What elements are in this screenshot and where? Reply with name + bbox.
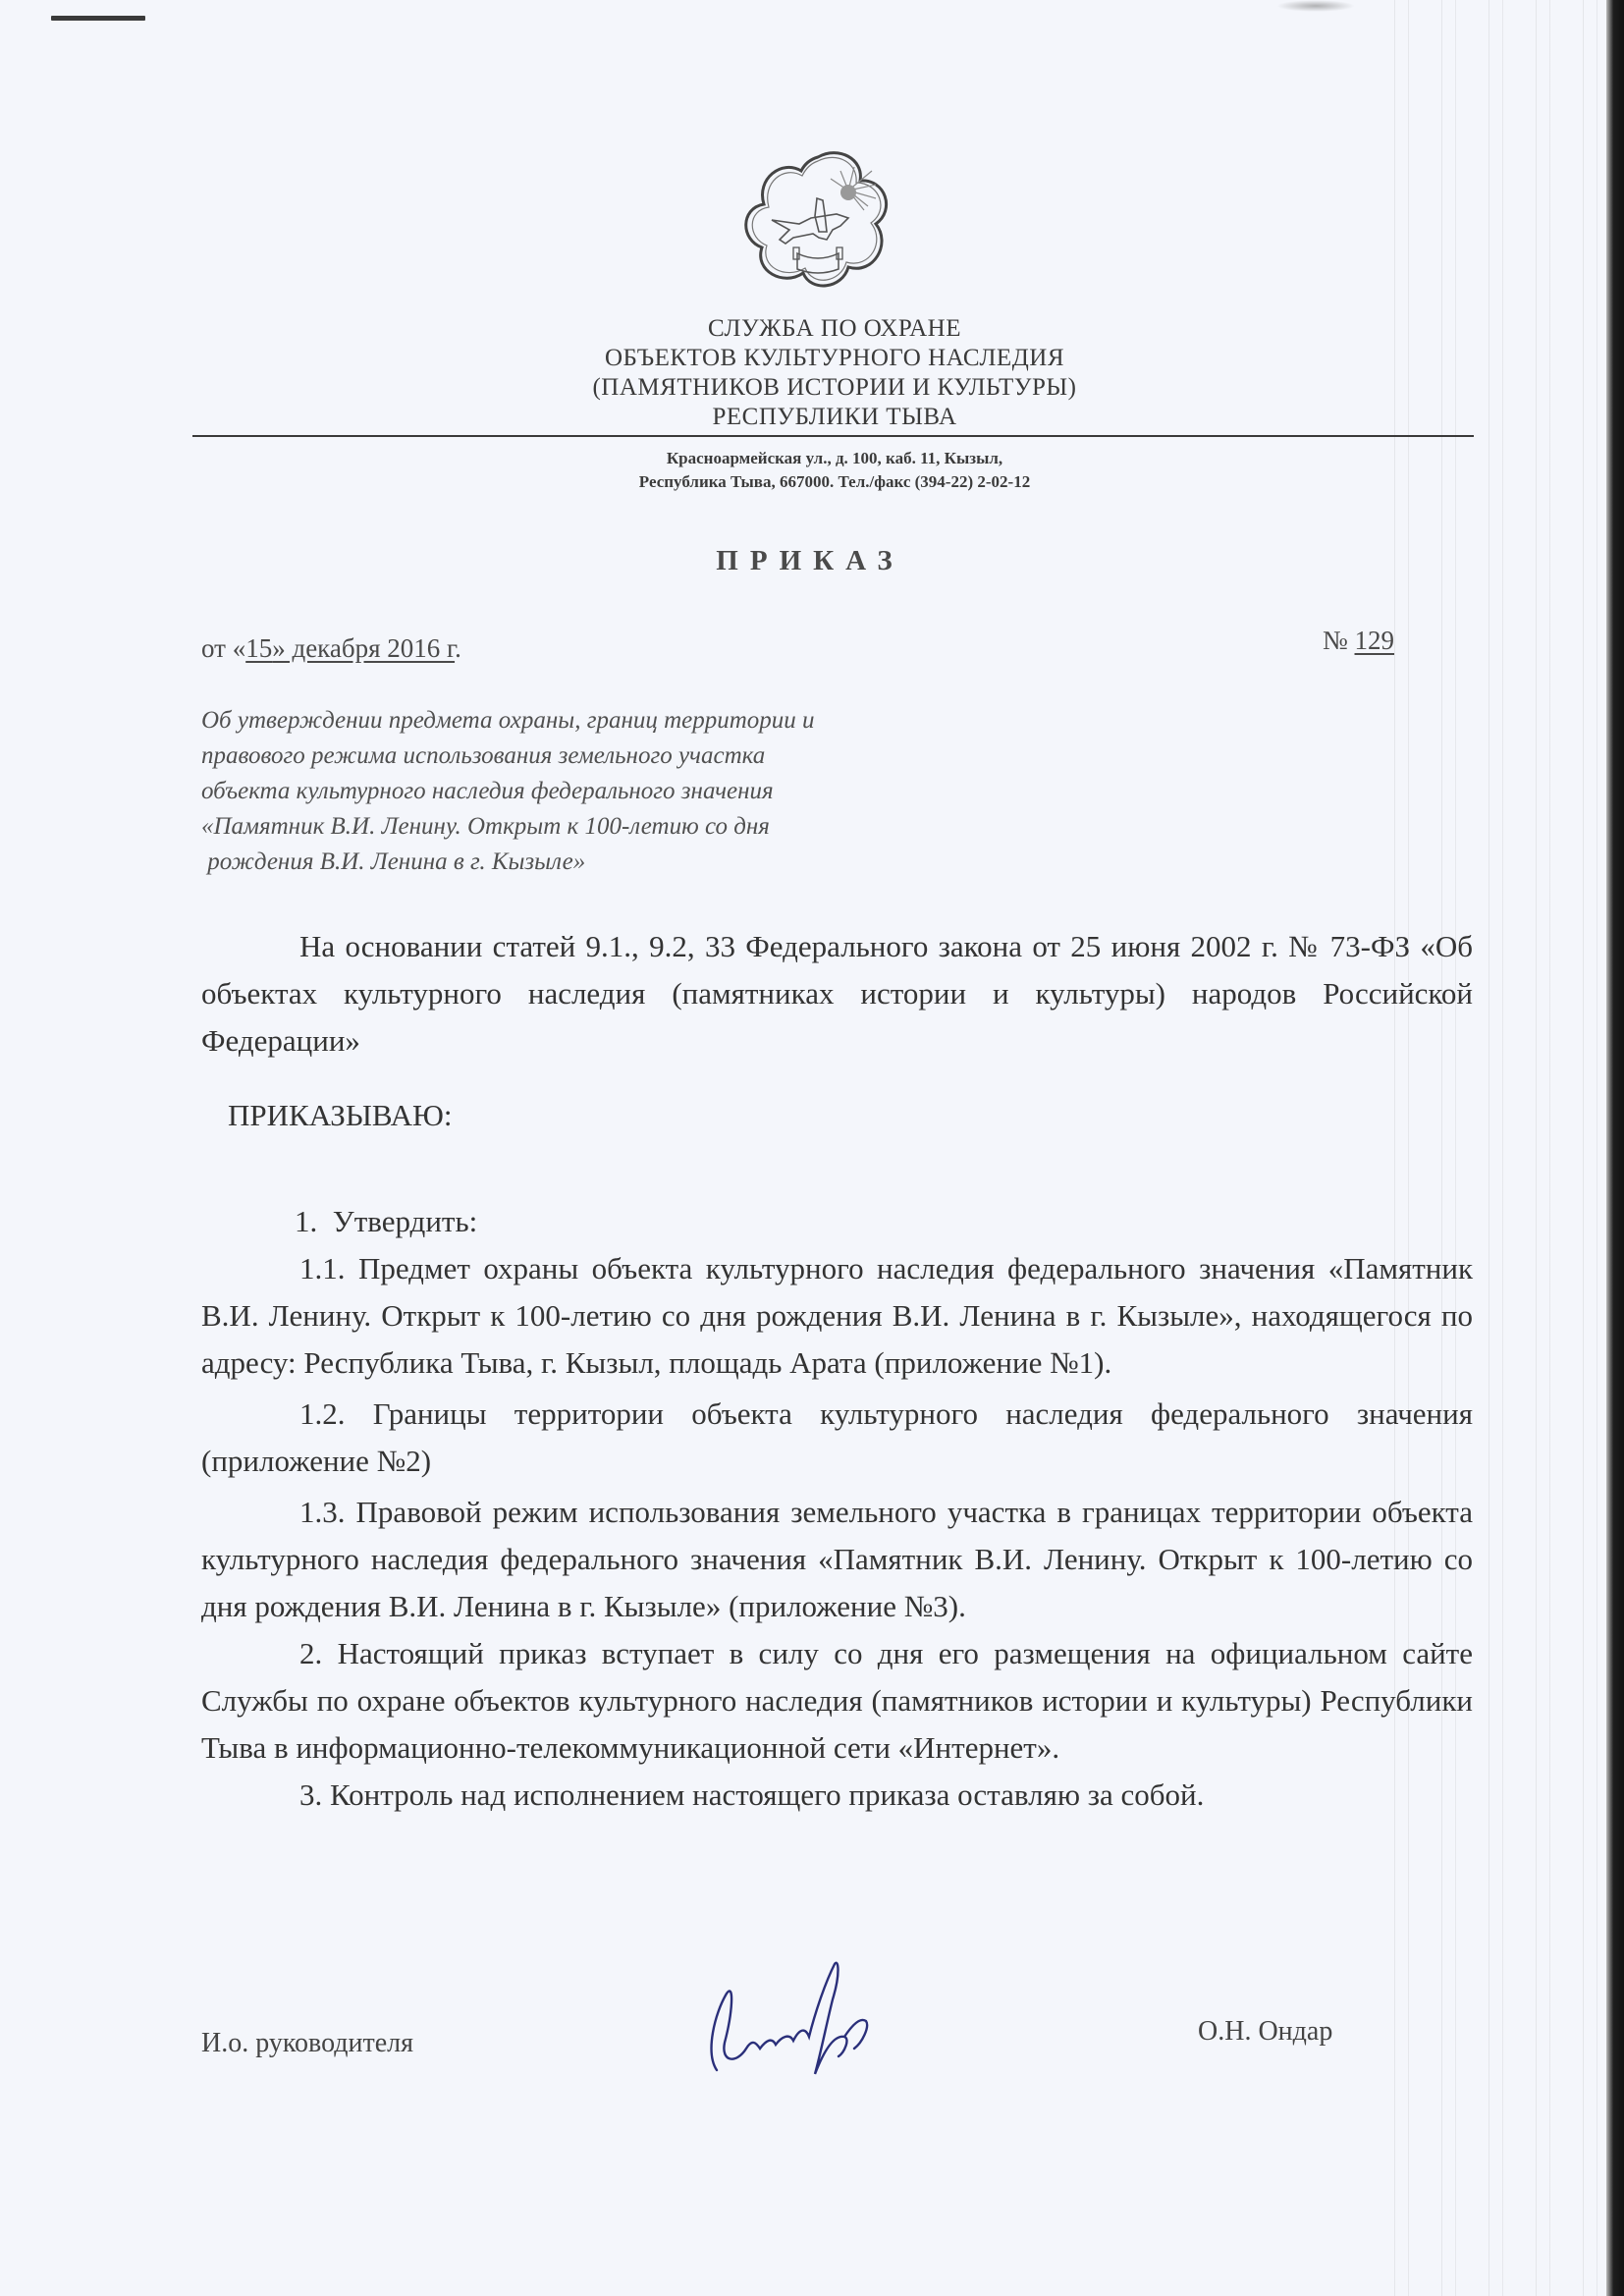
signature-icon xyxy=(697,1954,933,2082)
date-rest: » декабря 2016 г xyxy=(272,633,455,663)
number-prefix: № xyxy=(1323,626,1355,655)
subject-line: правового режима использования земельног… xyxy=(201,738,1085,774)
signatory-name: О.Н. Ондар xyxy=(1198,2016,1332,2048)
order-item: 1.1. Предмет охраны объекта культурного … xyxy=(201,1245,1473,1387)
date-suffix: . xyxy=(455,633,461,663)
tuva-coat-of-arms-icon xyxy=(742,149,893,291)
smudge xyxy=(1276,0,1355,12)
organization-address: Красноармейская ул., д. 100, каб. 11, Кы… xyxy=(442,447,1227,494)
document-date: от «15» декабря 2016 г. xyxy=(201,633,461,664)
subject-line: объекта культурного наследия федеральног… xyxy=(201,774,1085,809)
order-items: 1. Утвердить: 1.1. Предмет охраны объект… xyxy=(201,1198,1473,1819)
org-line: СЛУЖБА ПО ОХРАНЕ xyxy=(442,314,1227,344)
org-line: (ПАМЯТНИКОВ ИСТОРИИ И КУЛЬТУРЫ) xyxy=(442,373,1227,403)
date-prefix: от « xyxy=(201,633,245,663)
subject-line: «Памятник В.И. Ленину. Открыт к 100-лети… xyxy=(201,809,1085,845)
order-item: 1.2. Границы территории объекта культурн… xyxy=(201,1391,1473,1485)
signatory-role: И.о. руководителя xyxy=(201,2028,413,2059)
legal-basis-paragraph: На основании статей 9.1., 9.2, 33 Федера… xyxy=(201,923,1473,1065)
order-word: ПРИКАЗЫВАЮ: xyxy=(228,1098,452,1133)
address-line: Республика Тыва, 667000. Тел./факс (394-… xyxy=(442,470,1227,494)
document-number: № 129 xyxy=(1323,626,1394,656)
subject-line: рождения В.И. Ленина в г. Кызыле» xyxy=(201,845,1085,880)
number-value: 129 xyxy=(1355,626,1395,655)
order-item: 1.3. Правовой режим использования земель… xyxy=(201,1489,1473,1630)
order-item: 1. Утвердить: xyxy=(201,1198,1473,1245)
address-line: Красноармейская ул., д. 100, каб. 11, Кы… xyxy=(442,447,1227,470)
document-title: ПРИКАЗ xyxy=(589,545,1031,577)
org-line: РЕСПУБЛИКИ ТЫВА xyxy=(442,403,1227,432)
org-line: ОБЪЕКТОВ КУЛЬТУРНОГО НАСЛЕДИЯ xyxy=(442,344,1227,373)
organization-name: СЛУЖБА ПО ОХРАНЕ ОБЪЕКТОВ КУЛЬТУРНОГО НА… xyxy=(442,314,1227,432)
order-item: 2. Настоящий приказ вступает в силу со д… xyxy=(201,1630,1473,1772)
order-item: 3. Контроль над исполнением настоящего п… xyxy=(201,1772,1473,1819)
document-subject: Об утверждении предмета охраны, границ т… xyxy=(201,703,1085,880)
header-divider xyxy=(192,435,1474,437)
scan-edge xyxy=(1606,0,1624,2296)
top-mark xyxy=(51,16,145,21)
date-day: 15 xyxy=(245,633,272,663)
scan-noise xyxy=(1375,0,1610,2296)
subject-line: Об утверждении предмета охраны, границ т… xyxy=(201,703,1085,738)
